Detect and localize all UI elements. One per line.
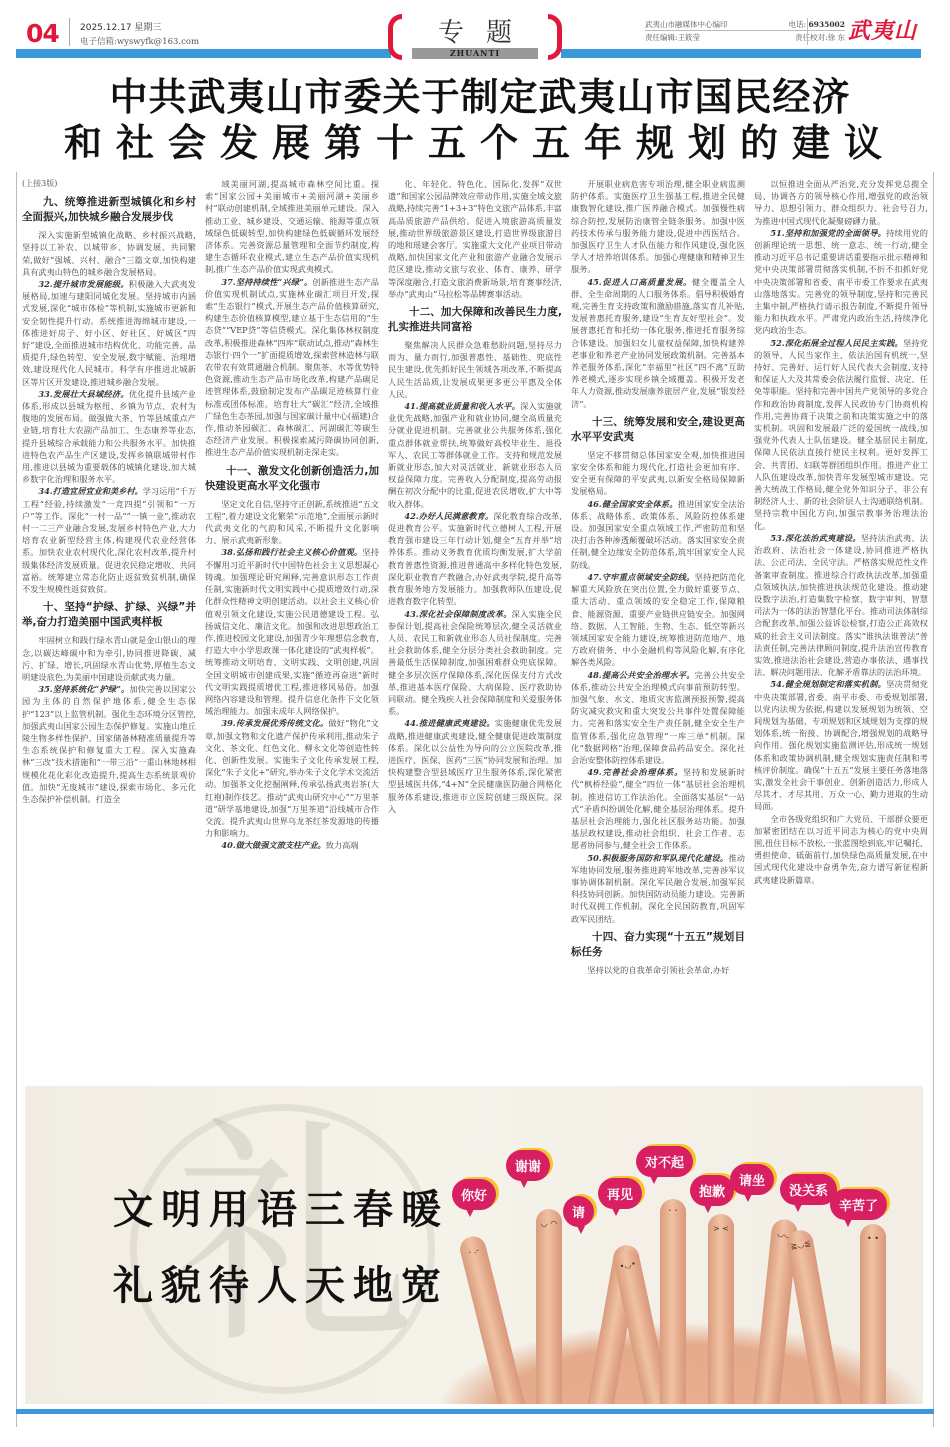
finger-icon: • • xyxy=(860,1224,886,1404)
paragraph: 开展职业病危害专项治理,健全职业病监测防护体系。实施医疗卫生强基工程,推进全民健… xyxy=(571,178,745,276)
numbered-item: 38.弘扬和践行社会主义核心价值观。坚持不懈用习近平新时代中国特色社会主义思想凝… xyxy=(205,546,379,717)
info-divider xyxy=(807,18,808,45)
speech-bubble: 请 xyxy=(563,1196,594,1227)
speech-bubble: 请坐 xyxy=(730,1164,774,1195)
section-title: 专题 xyxy=(410,12,540,49)
paragraph: 聚焦解决人民群众急难愁盼问题,坚持尽力而为、量力而行,加强普惠性、基础性、兜底性… xyxy=(388,339,562,400)
page-number: 04 xyxy=(26,19,59,48)
section-heading: 十二、加大保障和改善民生力度,扎实推进共同富裕 xyxy=(388,305,562,335)
contact-email: 电子信箱:wyswyfk@163.com xyxy=(80,35,199,47)
item-title: 48.提高公共安全治理水平。 xyxy=(587,670,694,680)
numbered-item: 50.积极服务国防和军队现代化建设。推动军地协同发展,服务推进跨军地改革,完善涉… xyxy=(571,852,745,925)
paragraph: 以恒推进全面从严治党,充分发挥党总揽全局、协调各方的领导核心作用,增强党的政治领… xyxy=(754,178,928,227)
paragraph: 坚定文化自信,坚持守正创新,系统推进“五文工程”,着力建设文化繁荣“示范地”,全… xyxy=(205,498,379,547)
item-text: 实施健康优先发展战略,推进健康武夷建设,健全健康促进政策制度体系。深化以公益性为… xyxy=(388,718,562,813)
speech-bubble: 你好 xyxy=(452,1179,496,1210)
article-body: (上接3版) 九、统筹推进新型城镇化和乡村全面振兴,加快城乡融合发展步伐深入实施… xyxy=(22,178,930,1078)
speech-bubble: 再见 xyxy=(598,1178,642,1209)
numbered-item: 40.做大做强文旅支柱产业。致力高端 xyxy=(205,839,379,851)
numbered-item: 34.打造宜居宜业和美乡村。学习运用“千万工程”经验,持续激发“一竞四提”引领和… xyxy=(22,485,196,595)
finger-puppets-illustration: - .- ◡ ◠ ◠◡ •◡• ˇ ˇ > < ◡◡ ≧◡≦ • • 你好 谢谢… xyxy=(440,1086,923,1404)
masthead: 04 2025.12.17 星期三 电子信箱:wyswyfk@163.com 专… xyxy=(0,0,950,58)
speech-bubble: 辛苦了 xyxy=(830,1189,887,1220)
article-column-2: 域美丽河湖,提高城市森林空间比重。探索“国家公园+美丽城市+美丽河湖+美丽乡村”… xyxy=(205,178,379,1078)
numbered-item: 46.健全国家安全体系。推进国家安全法治体系、战略体系、政策体系、风险防控体系建… xyxy=(571,498,745,571)
numbered-item: 45.促进人口高质量发展。健全覆盖全人群、全生命周期的人口服务体系。倡导积极婚育… xyxy=(571,276,745,410)
numbered-item: 42.办好人民满意教育。深化教育综合改革,促进教育公平。实施新时代立德树人工程,… xyxy=(388,510,562,608)
item-text: 做好“物化”文章,加强文物和文化遗产保护传承利用,推动朱子文化、茶文化、红色文化… xyxy=(205,718,379,838)
item-title: 32.提升城市发展能级。 xyxy=(38,279,128,289)
item-title: 50.积极服务国防和军队现代化建设。 xyxy=(587,853,728,863)
continued-note: (上接3版) xyxy=(22,178,196,190)
item-text: 坚决贯彻党中央决策部署,省委、南平市委、市委规划部署,以党内法规为依据,构建以发… xyxy=(754,679,928,811)
item-title: 53.深化法治武夷建设。 xyxy=(770,533,860,543)
header-bar-left xyxy=(16,49,391,58)
numbered-item: 54.健全规划制定和落实机制。坚决贯彻党中央决策部署,省委、南平市委、市委规划部… xyxy=(754,678,928,812)
finger-icon: > < xyxy=(708,1214,734,1404)
item-text: 加快完善以国家公园为主体的自然保护地体系,健全生态保护“123”以上监管机制。强… xyxy=(22,684,196,804)
left-bracket-icon xyxy=(388,14,402,60)
slogan-line-1: 文明用语三春暖 xyxy=(113,1178,449,1235)
editor: 责任编辑:王筱莹 xyxy=(645,31,700,44)
item-title: 47.守牢重点领域安全防线。 xyxy=(587,572,694,582)
article-column-4: 开展职业病危害专项治理,健全职业病监测防护体系。实施医疗卫生强基工程,推进全民健… xyxy=(571,178,745,1078)
item-title: 39.传承发展优秀传统文化。 xyxy=(221,718,328,728)
numbered-item: 47.守牢重点领域安全防线。坚持把防范化解重大风险放在突出位置,全力做好重要节点… xyxy=(571,571,745,669)
item-title: 40.做大做强文旅支柱产业。 xyxy=(221,840,325,850)
finger-icon: ◡ ◠ xyxy=(536,1209,562,1404)
section-heading: 十、坚持“护绿、扩绿、兴绿”并举,奋力打造美丽中国武夷样板 xyxy=(22,600,196,630)
phone-label: 电话: xyxy=(789,20,807,29)
section-subtitle: ZHUANTI xyxy=(412,48,538,59)
item-text: 积极融入大武夷发展格局,加速与建阳同城化发展。坚持城市内涵式发展,深化“城市体检… xyxy=(22,279,196,387)
numbered-item: 52.深化拓展全过程人民民主实践。坚持党的领导、人民当家作主、依法治国有机统一,… xyxy=(754,337,928,532)
proofreader: 责任校对:徐 东 xyxy=(795,31,845,44)
item-text: 深入实施就业优先战略,加强产业和就业协同,健全高质量充分就业促进机制。完善就业公… xyxy=(388,401,562,509)
masthead-divider xyxy=(69,18,70,46)
item-title: 37.坚持持续性“兴绿”。 xyxy=(221,277,312,287)
numbered-item: 43.深化社会保障制度改革。深入实施全民参保计划,提高社会保险统筹层次,健全灵活… xyxy=(388,608,562,718)
item-text: 推进国家安全法治体系、战略体系、政策体系、风险防控体系建设。加强国家安全重点领域… xyxy=(571,499,745,570)
headline-line-1: 中共武夷山市委关于制定武夷山市国民经济 xyxy=(60,74,900,120)
item-title: 52.深化拓展全过程人民民主实践。 xyxy=(770,338,903,348)
numbered-item: 32.提升城市发展能级。积极融入大武夷发展格局,加速与建阳同城化发展。坚持城市内… xyxy=(22,278,196,388)
footer-bar xyxy=(16,1409,934,1414)
finger-icon: ˇ ˇ xyxy=(660,1199,686,1404)
item-title: 34.打造宜居宜业和美乡村。 xyxy=(38,486,142,496)
item-title: 46.健全国家安全体系。 xyxy=(587,499,677,509)
newspaper-logo: 武夷山 xyxy=(848,14,917,45)
headline-line-2: 和社会发展第十五个五年规划的建议 xyxy=(60,120,900,166)
item-text: 坚持党的领导、人民当家作主、依法治国有机统一,坚持好、完善好、运行好人民代表大会… xyxy=(754,338,928,531)
slogan-line-2: 礼貌待人天地宽 xyxy=(113,1254,449,1311)
article-column-3: 化、年轻化、特色化、国际化,发挥“双世遗”和国家公园品牌效应带动作用,实施全域文… xyxy=(388,178,562,1078)
item-text: 健全覆盖全人群、全生命周期的人口服务体系。倡导积极婚育观,完善生育支持政策和激励… xyxy=(571,277,745,409)
item-title: 45.促进人口高质量发展。 xyxy=(587,277,692,287)
publisher: 武夷山市融媒体中心编印 xyxy=(645,18,728,30)
paragraph: 域美丽河湖,提高城市森林空间比重。探索“国家公园+美丽城市+美丽河湖+美丽乡村”… xyxy=(205,178,379,276)
paragraph: 全市各级党组织和广大党员、干部群众要更加紧密团结在以习近平同志为核心的党中央周围… xyxy=(754,813,928,886)
paragraph: 坚定不移贯彻总体国家安全观,加快推进国家安全体系和能力现代化,打造社会更加有序、… xyxy=(571,449,745,498)
numbered-item: 35.坚持系统化“护绿”。加快完善以国家公园为主体的自然保护地体系,健全生态保护… xyxy=(22,683,196,805)
civility-banner: 礼 文明用语三春暖 礼貌待人天地宽 - .- ◡ ◠ ◠◡ •◡• ˇ ˇ > … xyxy=(25,1086,923,1404)
item-title: 49.完善社会治理体系。 xyxy=(587,767,683,777)
numbered-item: 33.发展壮大县域经济。优化提升县域产业体系,形成以县城为枢纽、乡镇为节点、农村… xyxy=(22,388,196,486)
section-heading: 十一、激发文化创新创造活力,加快建设更高水平文化强市 xyxy=(205,464,379,494)
item-title: 44.推进健康武夷建设。 xyxy=(404,718,494,728)
item-title: 54.健全规划制定和落实机制。 xyxy=(770,679,886,689)
paragraph: 坚持以党的自我革命引领社会革命,办好 xyxy=(571,964,745,976)
paragraph: 化、年轻化、特色化、国际化,发挥“双世遗”和国家公园品牌效应带动作用,实施全域文… xyxy=(388,178,562,300)
item-text: 深入实施全民参保计划,提高社会保险统筹层次,健全灵活就业人员、农民工和新就业形态… xyxy=(388,609,562,717)
item-title: 38.弘扬和践行社会主义核心价值观。 xyxy=(221,547,362,557)
article-column-5: 以恒推进全面从严治党,充分发挥党总揽全局、协调各方的领导核心作用,增强党的政治领… xyxy=(754,178,928,1078)
item-text: 创新推进生态产品价值实现机制试点,实施林业碳汇项目开发,探索“生态银行”模式,开… xyxy=(205,277,379,458)
article-column-1: (上接3版) 九、统筹推进新型城镇化和乡村全面振兴,加快城乡融合发展步伐深入实施… xyxy=(22,178,196,1078)
section-heading: 十四、奋力实现“十五五”规划目标任务 xyxy=(571,930,745,960)
header-bar-right xyxy=(561,49,921,58)
item-text: 坚持法治武夷、法治政府、法治社会一体建设,协同推进严格执法、公正司法、全民守法。… xyxy=(754,533,928,677)
item-title: 51.坚持和加强党的全面领导。 xyxy=(770,228,886,238)
paragraph: 深入实施新型城镇化战略、乡村振兴战略,坚持以工补农、以城带乡、协调发展、共同繁荣… xyxy=(22,229,196,278)
item-text: 深化教育综合改革,促进教育公平。实施新时代立德树人工程,开展教育强市建设三年行动… xyxy=(388,511,562,606)
section-badge: 专题 ZHUANTI xyxy=(388,14,562,60)
item-title: 42.办好人民满意教育。 xyxy=(404,511,493,521)
speech-bubble: 谢谢 xyxy=(506,1150,550,1181)
frame-left-rule xyxy=(16,172,17,1427)
frame-right-rule xyxy=(933,172,934,1427)
item-text: 坚持不懈用习近平新时代中国特色社会主义思想凝心铸魂。加强理论研究阐释,完善意识形… xyxy=(205,547,379,716)
item-text: 优化提升县域产业体系,形成以县城为枢纽、乡镇为节点、农村为腹地的发展布局。做强做… xyxy=(22,389,196,484)
item-text: 推动军地协同发展,服务推进跨军地改革,完善涉军议事协调体制机制。深化军民融合发展… xyxy=(571,853,745,924)
numbered-item: 48.提高公共安全治理水平。完善公共安全体系,推动公共安全治理模式向事前预防转型… xyxy=(571,669,745,767)
speech-bubble: 对不起 xyxy=(636,1146,693,1177)
section-heading: 九、统筹推进新型城镇化和乡村全面振兴,加快城乡融合发展步伐 xyxy=(22,195,196,225)
numbered-item: 41.提高就业质量和收入水平。深入实施就业优先战略,加强产业和就业协同,健全高质… xyxy=(388,400,562,510)
numbered-item: 53.深化法治武夷建设。坚持法治武夷、法治政府、法治社会一体建设,协同推进严格执… xyxy=(754,532,928,678)
item-title: 41.提高就业质量和收入水平。 xyxy=(404,401,520,411)
item-text: 完善公共安全体系,推动公共安全治理模式向事前预防转型。加强气象、水文、地质灾害监… xyxy=(571,670,745,765)
issue-date: 2025.12.17 星期三 xyxy=(80,20,161,33)
item-title: 35.坚持系统化“护绿”。 xyxy=(38,684,129,694)
headline: 中共武夷山市委关于制定武夷山市国民经济 和社会发展第十五个五年规划的建议 xyxy=(60,74,900,166)
numbered-item: 51.坚持和加强党的全面领导。持续用党的创新理论统一思想、统一意志、统一行动,健… xyxy=(754,227,928,337)
phone-number: 6935002 xyxy=(808,20,845,29)
item-text: 学习运用“千万工程”经验,持续激发“一竞四提”引领和“一万户”等工作。深化“一村… xyxy=(22,486,196,594)
watermark-glyph: 礼 xyxy=(175,1106,415,1366)
item-text: 致力高端 xyxy=(326,840,359,850)
item-text: 坚持把防范化解重大风险放在突出位置,全力做好重要节点、重大活动、重点领域的安全稳… xyxy=(571,572,745,667)
paragraph: 牢固树立和践行绿水青山就是金山银山的理念,以碳达峰碳中和为牵引,协同推进降碳、减… xyxy=(22,634,196,683)
editorial-info: 武夷山市融媒体中心编印 电话: 6935002 责任编辑:王筱莹 责任校对:徐 … xyxy=(645,18,845,44)
numbered-item: 49.完善社会治理体系。坚持和发展新时代“枫桥经验”,健全“四位一体”基层社会治… xyxy=(571,766,745,851)
phone-block: 电话: 6935002 xyxy=(789,18,845,30)
section-heading: 十三、统筹发展和安全,建设更高水平平安武夷 xyxy=(571,415,745,445)
item-title: 43.深化社会保障制度改革。 xyxy=(404,609,511,619)
numbered-item: 37.坚持持续性“兴绿”。创新推进生态产品价值实现机制试点,实施林业碳汇项目开发… xyxy=(205,276,379,459)
speech-bubble: 抱歉 xyxy=(690,1175,734,1206)
item-title: 33.发展壮大县域经济。 xyxy=(38,389,128,399)
speech-bubble: 没关系 xyxy=(780,1174,837,1205)
right-bracket-icon xyxy=(548,14,562,60)
numbered-item: 44.推进健康武夷建设。实施健康优先发展战略,推进健康武夷建设,健全健康促进政策… xyxy=(388,717,562,815)
numbered-item: 39.传承发展优秀传统文化。做好“物化”文章,加强文物和文化遗产保护传承利用,推… xyxy=(205,717,379,839)
item-text: 持续用党的创新理论统一思想、统一意志、统一行动,健全推动习近平总书记重要讲话重要… xyxy=(754,228,928,336)
item-text: 坚持和发展新时代“枫桥经验”,健全“四位一体”基层社会治理机制。推进信访工作法治… xyxy=(571,767,745,850)
